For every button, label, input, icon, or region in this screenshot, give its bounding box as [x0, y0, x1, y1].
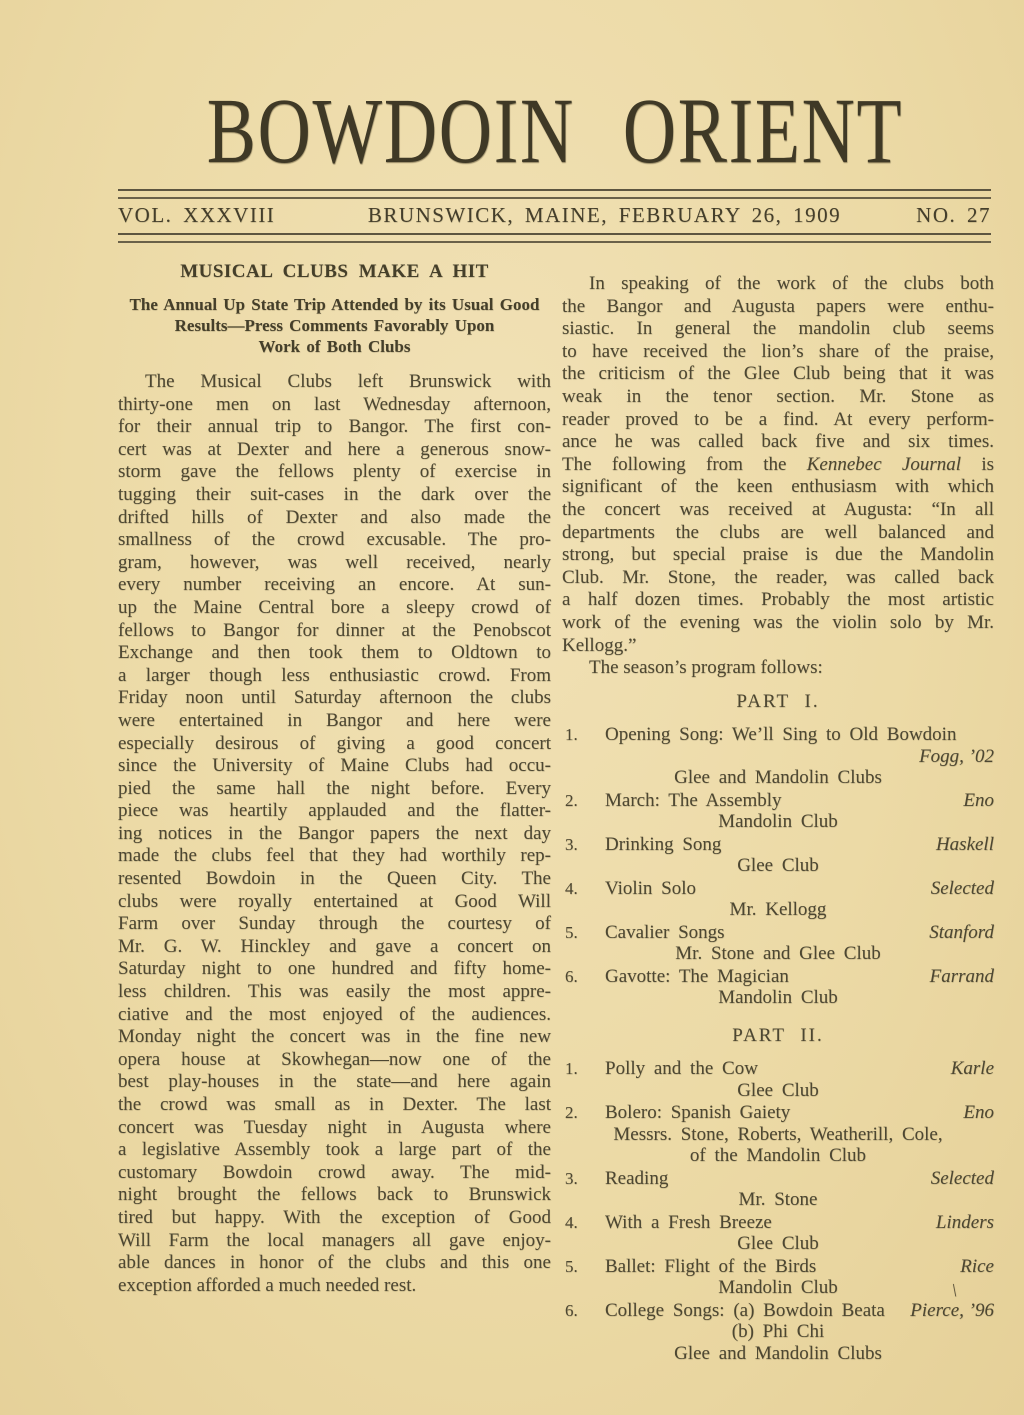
program-listing: PART I. 1.Opening Song: We’ll Sing to Ol… — [562, 691, 994, 1365]
piece-title: March: The Assembly — [605, 790, 955, 812]
composer-name: Eno — [955, 790, 994, 812]
item-number: 5. — [562, 1256, 605, 1278]
performer-name: Mandolin Club — [562, 811, 994, 833]
part2-item-2: 2.Bolero: Spanish GaietyEnoMessrs. Stone… — [562, 1102, 994, 1167]
program-item-row: 5.Cavalier SongsStanford — [562, 922, 994, 944]
body-line: exception afforded a much needed rest. — [118, 1275, 551, 1298]
body-line: departments the clubs are well balanced … — [562, 522, 994, 545]
program-item-row: 2.Bolero: Spanish GaietyEno — [562, 1102, 994, 1124]
composer-name: Stanford — [921, 922, 994, 944]
body-line: a half dozen times. Probably the most ar… — [562, 589, 994, 612]
body-line: the Bangor and Augusta papers were enthu… — [562, 296, 994, 319]
body-line: The Musical Clubs left Brunswick with — [118, 371, 551, 394]
masthead-divider-rule — [118, 189, 991, 199]
program-item-row: 3.Drinking SongHaskell — [562, 834, 994, 856]
body-line: In speaking of the work of the clubs bot… — [562, 273, 994, 296]
performer-name: Glee Club — [562, 1080, 994, 1102]
body-line: a larger though less enthusiastic crowd.… — [118, 665, 551, 688]
part2-item-3: 3.ReadingSelectedMr. Stone — [562, 1168, 994, 1211]
issue-info-bar: VOL. XXXVIII BRUNSWICK, MAINE, FEBRUARY … — [118, 203, 991, 228]
composer-name: Selected — [923, 878, 994, 900]
piece-title: Opening Song: We’ll Sing to Old Bowdoin — [605, 724, 994, 746]
issue-date: BRUNSWICK, MAINE, FEBRUARY 26, 1909 — [338, 203, 871, 228]
performer-name: Glee and Mandolin Clubs — [562, 767, 994, 789]
piece-title: Violin Solo — [605, 878, 923, 900]
body-line: significant of the keen enthusiasm with … — [562, 476, 994, 499]
program-item-row: 2.March: The AssemblyEno — [562, 790, 994, 812]
body-line: up the Maine Central bore a sleepy crowd… — [118, 597, 551, 620]
text-segment: The following from the — [562, 454, 807, 475]
body-line: able dances in honor of the clubs and th… — [118, 1252, 551, 1275]
item-number: 4. — [562, 878, 605, 900]
body-line: made the clubs feel that they had worthi… — [118, 845, 551, 868]
body-line: smallness of the crowd excusable. The pr… — [118, 529, 551, 552]
program-item-row: 6.College Songs: (a) Bowdoin BeataPierce… — [562, 1300, 994, 1322]
body-line: storm gave the fellows plenty of exercis… — [118, 461, 551, 484]
part2-item-4: 4.With a Fresh BreezeLindersGlee Club — [562, 1212, 994, 1255]
subhead-line: Results—Press Comments Favorably Upon — [118, 315, 551, 336]
body-line: less children. This was easily the most … — [118, 981, 551, 1004]
body-line: The following from the Kennebec Journal … — [562, 454, 994, 477]
program-item-row: 1.Opening Song: We’ll Sing to Old Bowdoi… — [562, 724, 994, 746]
body-line: weak in the tenor section. Mr. Stone as — [562, 386, 994, 409]
program-part1-items: 1.Opening Song: We’ll Sing to Old Bowdoi… — [562, 724, 994, 1009]
body-line: customary Bowdoin crowd away. The mid- — [118, 1162, 551, 1185]
volume-label: VOL. XXXVIII — [118, 203, 338, 228]
program-item-row: 1.Polly and the CowKarle — [562, 1058, 994, 1080]
body-line: fellows to Bangor for dinner at the Peno… — [118, 620, 551, 643]
article-subhead: The Annual Up State Trip Attended by its… — [118, 294, 551, 357]
body-line: were entertained in Bangor and here were — [118, 710, 551, 733]
item-number: 4. — [562, 1212, 605, 1234]
subhead-line: Work of Both Clubs — [118, 336, 551, 357]
composer-name: Selected — [923, 1168, 994, 1190]
text-segment: is — [961, 454, 994, 475]
article-headline: MUSICAL CLUBS MAKE A HIT — [118, 261, 551, 283]
item-number: 6. — [562, 1300, 605, 1322]
body-line: Kellogg.” — [562, 635, 994, 658]
piece-title: Cavalier Songs — [605, 922, 921, 944]
performer-name: Glee Club — [562, 855, 994, 877]
italic-text: Kennebec Journal — [807, 454, 961, 475]
body-line: Saturday night to one hundred and fifty … — [118, 958, 551, 981]
masthead-title: BOWDOIN ORIENT — [197, 78, 914, 185]
body-line: reader proved to be a find. At every per… — [562, 409, 994, 432]
newspaper-page: BOWDOIN ORIENT VOL. XXXVIII BRUNSWICK, M… — [0, 0, 1024, 1415]
body-line: work of the evening was the violin solo … — [562, 612, 994, 635]
composer-name: Fogg, ’02 — [562, 746, 994, 768]
piece-title: Gavotte: The Magician — [605, 966, 922, 988]
body-line: thirty-one men on last Wednesday afterno… — [118, 394, 551, 417]
performer-name: Mr. Stone — [562, 1189, 994, 1211]
body-line: siastic. In general the mandolin club se… — [562, 318, 994, 341]
part1-item-1: 1.Opening Song: We’ll Sing to Old Bowdoi… — [562, 724, 994, 789]
body-line: clubs were royally entertained at Good W… — [118, 891, 551, 914]
subhead-line: The Annual Up State Trip Attended by its… — [118, 294, 551, 315]
program-part1-title: PART I. — [562, 691, 994, 713]
item-number: 3. — [562, 1168, 605, 1190]
part2-item-5: 5.Ballet: Flight of the BirdsRiceMandoli… — [562, 1256, 994, 1299]
body-line: the concert was received at Augusta: “In… — [562, 499, 994, 522]
body-line: a legislative Assembly took a large part… — [118, 1139, 551, 1162]
composer-name: Farrand — [922, 966, 994, 988]
piece-title: Bolero: Spanish Gaiety — [605, 1102, 955, 1124]
body-line: cert was at Dexter and here a generous s… — [118, 439, 551, 462]
piece-title: With a Fresh Breeze — [605, 1212, 928, 1234]
body-line: the criticism of the Glee Club being tha… — [562, 363, 994, 386]
part1-item-2: 2.March: The AssemblyEnoMandolin Club — [562, 790, 994, 833]
performer-name: of the Mandolin Club — [562, 1145, 994, 1167]
right-column-paragraphs: In speaking of the work of the clubs bot… — [562, 273, 994, 680]
composer-name: Rice — [952, 1256, 994, 1278]
body-line: Farm over Sunday through the courtesy of — [118, 913, 551, 936]
body-line: since the University of Maine Clubs had … — [118, 755, 551, 778]
performer-name: Mr. Kellogg — [562, 899, 994, 921]
body-line: tired but happy. With the exception of G… — [118, 1207, 551, 1230]
composer-name: Karle — [943, 1058, 994, 1080]
body-line: night brought the fellows back to Brunsw… — [118, 1184, 551, 1207]
part2-item-6: 6.College Songs: (a) Bowdoin BeataPierce… — [562, 1300, 994, 1365]
item-number: 1. — [562, 1058, 605, 1080]
program-item-row: 4.With a Fresh BreezeLinders — [562, 1212, 994, 1234]
item-number: 2. — [562, 1102, 605, 1124]
composer-name: Linders — [928, 1212, 994, 1234]
program-item-row: 5.Ballet: Flight of the BirdsRice — [562, 1256, 994, 1278]
piece-subtitle: (b) Phi Chi — [562, 1321, 994, 1343]
performer-name: Mandolin Club — [562, 1277, 994, 1299]
body-line: The season’s program follows: — [562, 657, 994, 680]
body-line: ance he was called back five and six tim… — [562, 431, 994, 454]
item-number: 2. — [562, 790, 605, 812]
issue-number: NO. 27 — [871, 203, 991, 228]
program-item-row: 6.Gavotte: The MagicianFarrand — [562, 966, 994, 988]
body-line: the crowd was small as in Dexter. The la… — [118, 1094, 551, 1117]
body-line: Will Farm the local managers all gave en… — [118, 1230, 551, 1253]
program-item-row: 3.ReadingSelected — [562, 1168, 994, 1190]
part1-item-6: 6.Gavotte: The MagicianFarrandMandolin C… — [562, 966, 994, 1009]
composer-name: Eno — [955, 1102, 994, 1124]
program-part2-items: 1.Polly and the CowKarleGlee Club2.Boler… — [562, 1058, 994, 1364]
part1-item-4: 4.Violin SoloSelectedMr. Kellogg — [562, 878, 994, 921]
body-line: ciative and the most enjoyed of the audi… — [118, 1004, 551, 1027]
item-number: 3. — [562, 834, 605, 856]
body-line: especially desirous of giving a good con… — [118, 733, 551, 756]
item-number: 1. — [562, 724, 605, 746]
performer-name: Mr. Stone and Glee Club — [562, 943, 994, 965]
left-column: MUSICAL CLUBS MAKE A HIT The Annual Up S… — [118, 261, 551, 1297]
body-line: best play-houses in the state—and here a… — [118, 1071, 551, 1094]
body-line: pied the same hall the night before. Eve… — [118, 778, 551, 801]
composer-name: Pierce, ’96 — [902, 1300, 994, 1322]
piece-title: Drinking Song — [605, 834, 928, 856]
issue-line-divider-rule — [118, 233, 991, 243]
performer-name: Messrs. Stone, Roberts, Weatherill, Cole… — [562, 1124, 994, 1146]
performer-name: Glee Club — [562, 1233, 994, 1255]
body-line: tugging their suit-cases in the dark ove… — [118, 484, 551, 507]
body-line: Monday night the concert was in the fine… — [118, 1026, 551, 1049]
piece-title: College Songs: (a) Bowdoin Beata — [605, 1300, 902, 1322]
body-line: concert was Tuesday night in Augusta whe… — [118, 1117, 551, 1140]
body-line: Friday noon until Saturday afternoon the… — [118, 687, 551, 710]
program-part2-title: PART II. — [562, 1025, 994, 1047]
body-line: piece was heartily applauded and the fla… — [118, 800, 551, 823]
body-line: gram, however, was well received, nearly — [118, 552, 551, 575]
piece-title: Ballet: Flight of the Birds — [605, 1256, 952, 1278]
body-line: Club. Mr. Stone, the reader, was called … — [562, 567, 994, 590]
program-item-row: 4.Violin SoloSelected — [562, 878, 994, 900]
piece-title: Polly and the Cow — [605, 1058, 943, 1080]
item-number: 5. — [562, 922, 605, 944]
item-number: 6. — [562, 966, 605, 988]
body-line: to have received the lion’s share of the… — [562, 341, 994, 364]
right-column: In speaking of the work of the clubs bot… — [562, 259, 994, 1365]
body-line: opera house at Skowhegan—now one of the — [118, 1049, 551, 1072]
performer-name: Mandolin Club — [562, 987, 994, 1009]
article-body: The Musical Clubs left Brunswick withthi… — [118, 371, 551, 1297]
piece-title: Reading — [605, 1168, 923, 1190]
body-line: Mr. G. W. Hinckley and gave a concert on — [118, 936, 551, 959]
body-line: ing notices in the Bangor papers the nex… — [118, 823, 551, 846]
body-line: for their annual trip to Bangor. The fir… — [118, 416, 551, 439]
composer-name: Haskell — [928, 834, 994, 856]
body-line: resented Bowdoin in the Queen City. The — [118, 868, 551, 891]
body-line: Exchange and then took them to Oldtown t… — [118, 642, 551, 665]
part1-item-5: 5.Cavalier SongsStanfordMr. Stone and Gl… — [562, 922, 994, 965]
part1-item-3: 3.Drinking SongHaskellGlee Club — [562, 834, 994, 877]
body-line: strong, but special praise is due the Ma… — [562, 544, 994, 567]
body-line: every number receiving an encore. At sun… — [118, 574, 551, 597]
performer-name: Glee and Mandolin Clubs — [562, 1343, 994, 1365]
body-line: drifted hills of Dexter and also made th… — [118, 507, 551, 530]
part2-item-1: 1.Polly and the CowKarleGlee Club — [562, 1058, 994, 1101]
